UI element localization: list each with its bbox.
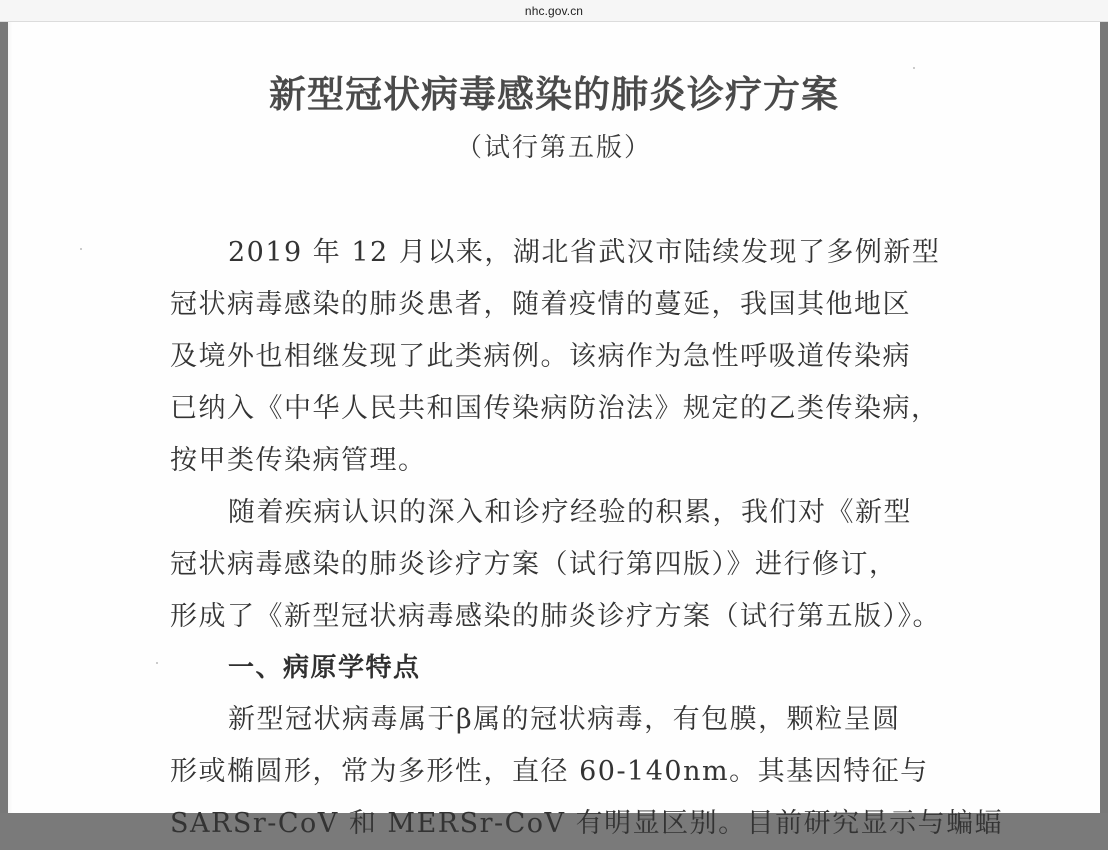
document-subtitle: （试行第五版） xyxy=(8,128,1100,168)
text-line: 及境外也相继发现了此类病例。该病作为急性呼吸道传染病 xyxy=(170,331,940,383)
scan-speck xyxy=(80,248,82,250)
text-line: 按甲类传染病管理。 xyxy=(170,435,940,487)
text-line: 冠状病毒感染的肺炎患者，随着疫情的蔓延，我国其他地区 xyxy=(170,279,940,331)
paragraph-intro: 2019 年 12 月以来，湖北省武汉市陆续发现了多例新型 冠状病毒感染的肺炎患… xyxy=(170,227,940,487)
text-line: 形成了《新型冠状病毒感染的肺炎诊疗方案（试行第五版）》。 xyxy=(170,591,940,643)
text-line: 随着疾病认识的深入和诊疗经验的积累，我们对《新型 xyxy=(170,487,940,539)
document-title: 新型冠状病毒感染的肺炎诊疗方案 xyxy=(8,72,1100,118)
url-text: nhc.gov.cn xyxy=(525,4,583,18)
section-heading-pathogen: 一、病原学特点 xyxy=(170,642,940,694)
document-page: 新型冠状病毒感染的肺炎诊疗方案 （试行第五版） 2019 年 12 月以来，湖北… xyxy=(8,22,1100,813)
document-viewer[interactable]: 新型冠状病毒感染的肺炎诊疗方案 （试行第五版） 2019 年 12 月以来，湖北… xyxy=(0,22,1108,813)
scan-speck xyxy=(913,67,915,69)
text-line: SARSr-CoV 和 MERSr-CoV 有明显区别。目前研究显示与蝙蝠 xyxy=(170,798,940,813)
paragraph-pathogen: 新型冠状病毒属于β属的冠状病毒，有包膜，颗粒呈圆 形或椭圆形，常为多形性，直径 … xyxy=(170,694,940,813)
text-line: 新型冠状病毒属于β属的冠状病毒，有包膜，颗粒呈圆 xyxy=(170,694,940,746)
browser-address-bar[interactable]: nhc.gov.cn xyxy=(0,0,1108,22)
scan-speck xyxy=(156,662,158,664)
text-line: 2019 年 12 月以来，湖北省武汉市陆续发现了多例新型 xyxy=(170,227,940,279)
paragraph-revision: 随着疾病认识的深入和诊疗经验的积累，我们对《新型 冠状病毒感染的肺炎诊疗方案（试… xyxy=(170,487,940,643)
text-line: 已纳入《中华人民共和国传染病防治法》规定的乙类传染病， xyxy=(170,383,940,435)
text-line: 形或椭圆形，常为多形性，直径 60-140nm。其基因特征与 xyxy=(170,746,940,798)
text-line: 冠状病毒感染的肺炎诊疗方案（试行第四版）》进行修订， xyxy=(170,539,940,591)
section-heading: 一、病原学特点 xyxy=(170,642,940,694)
